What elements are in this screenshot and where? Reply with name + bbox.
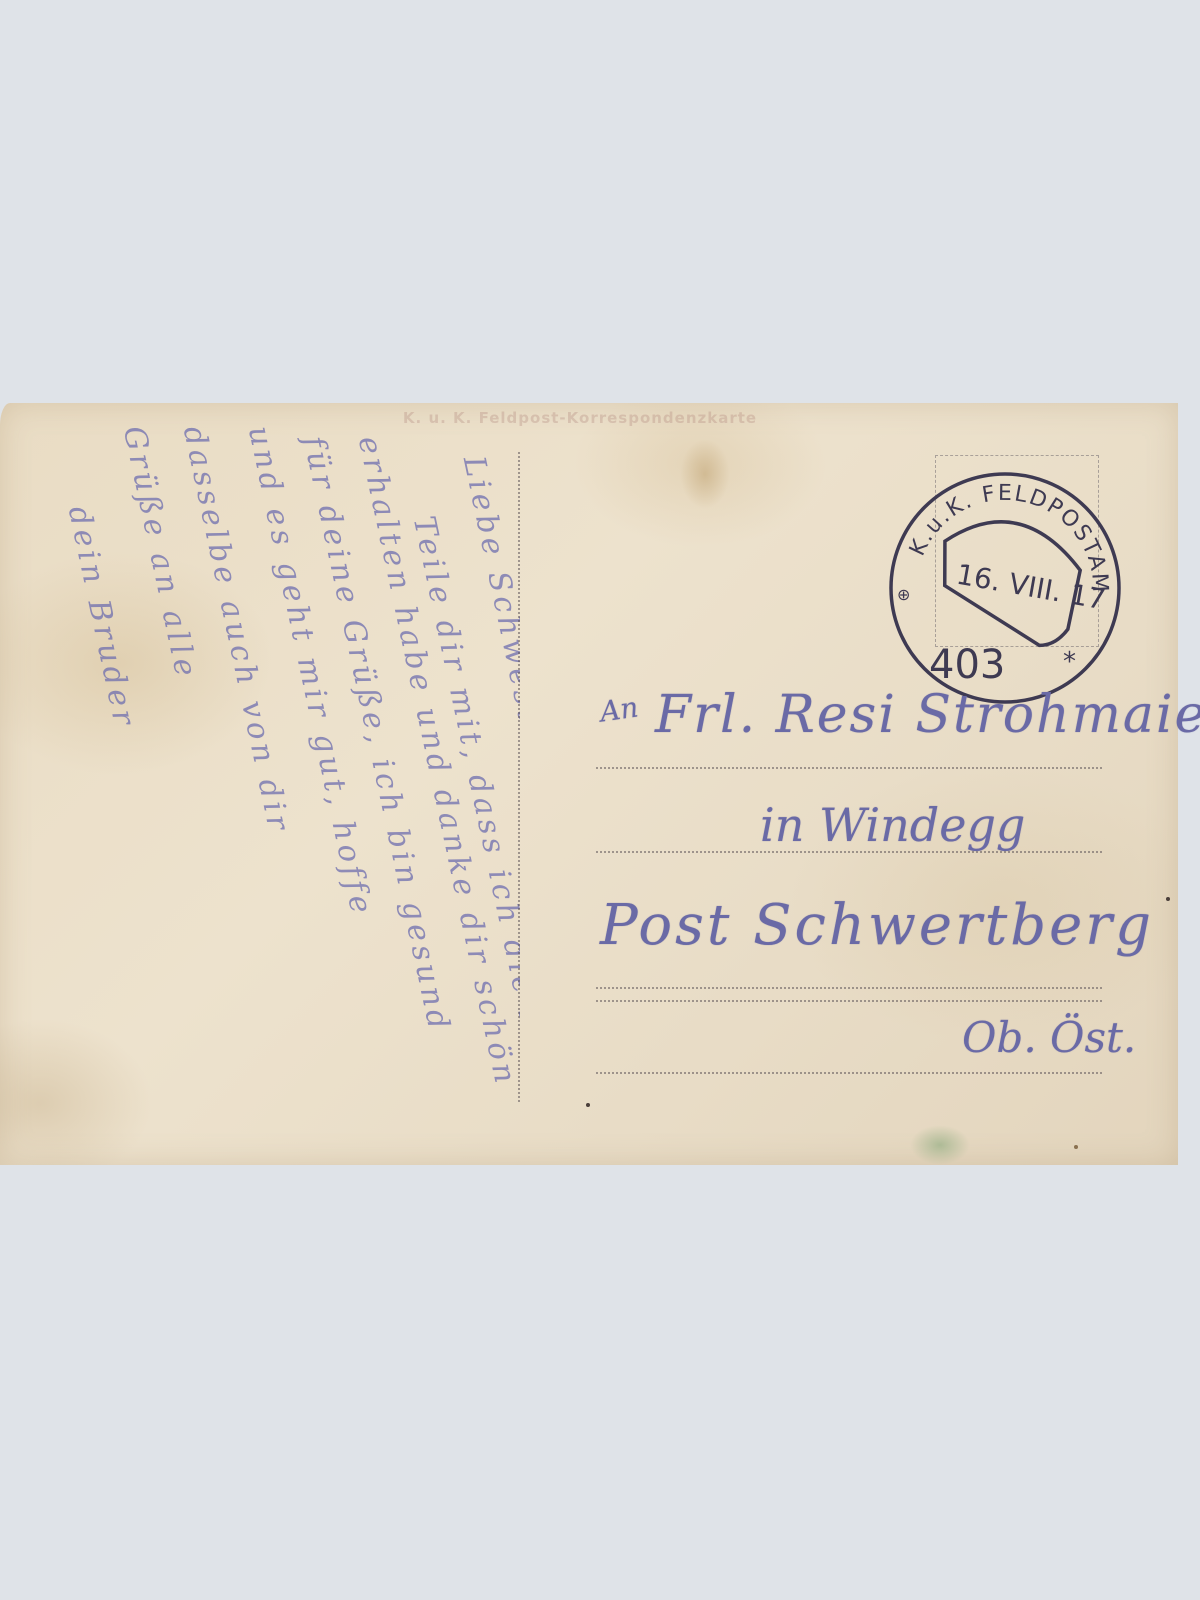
- postmark-side-mark: ⊕: [897, 585, 910, 604]
- postmark-office-number: 403: [929, 642, 1005, 688]
- ink-speck: [1166, 897, 1170, 901]
- ink-speck: [1074, 1145, 1078, 1149]
- ink-speck: [586, 1103, 590, 1107]
- postmark-star: *: [1063, 647, 1076, 677]
- postmark-graphic: K.u.K. FELDPOSTAMT 16. VIII. 17 403 * ⊕: [887, 470, 1123, 706]
- paper-stain: [680, 439, 730, 509]
- address-post-office: Post Schwertberg: [600, 893, 1154, 958]
- address-recipient: Frl. Resi Strohmaier: [655, 685, 1200, 745]
- address-line: [596, 1000, 1102, 1002]
- message-line: dein Bruder: [61, 503, 142, 732]
- address-salutation: An: [598, 690, 640, 728]
- address-town: in Windegg: [760, 798, 1025, 852]
- vertical-divider: [518, 452, 520, 1102]
- address-line: [596, 767, 1102, 769]
- address-line: [596, 987, 1102, 989]
- message-area: Liebe Schwester! Teile dir mit, dass ich…: [0, 403, 520, 1165]
- address-line: [596, 1072, 1102, 1074]
- postcard: K. u. K. Feldpost-Korrespondenzkarte Lie…: [0, 403, 1178, 1165]
- address-region: Ob. Öst.: [962, 1013, 1136, 1062]
- paper-stain-green: [910, 1125, 970, 1165]
- postmark: K.u.K. FELDPOSTAMT 16. VIII. 17 403 * ⊕: [887, 470, 1123, 706]
